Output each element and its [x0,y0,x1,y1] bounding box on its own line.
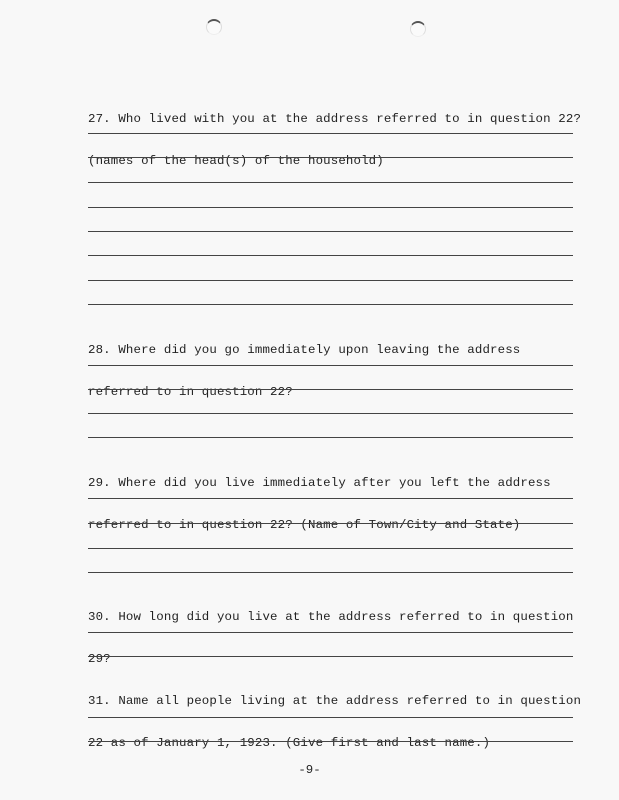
answer-line[interactable] [88,231,573,232]
question-30-line-1: 30. How long did you live at the address… [88,610,588,624]
question-27-line-1: 27. Who lived with you at the address re… [88,112,588,126]
question-29-line-2: referred to in question 22? (Name of Tow… [88,518,588,532]
question-30-line-2: 29? [88,652,588,666]
answer-line[interactable] [88,632,573,633]
answer-line[interactable] [88,304,573,305]
question-28-line-1: 28. Where did you go immediately upon le… [88,343,588,357]
answer-line[interactable] [88,523,573,524]
question-29-line-1: 29. Where did you live immediately after… [88,476,588,490]
question-29: 29. Where did you live immediately after… [88,448,588,546]
answer-line[interactable] [88,548,573,549]
answer-line[interactable] [88,133,573,134]
answer-line[interactable] [88,157,573,158]
answer-line[interactable] [88,207,573,208]
page-number: -9- [0,763,619,777]
answer-line[interactable] [88,413,573,414]
answer-line[interactable] [88,437,573,438]
answer-line[interactable] [88,365,573,366]
answer-line[interactable] [88,741,573,742]
punch-hole-right [410,21,426,37]
answer-line[interactable] [88,572,573,573]
question-28-line-2: referred to in question 22? [88,385,588,399]
answer-line[interactable] [88,498,573,499]
answer-line[interactable] [88,656,573,657]
question-31-line-1: 31. Name all people living at the addres… [88,694,588,708]
answer-line[interactable] [88,389,573,390]
answer-line[interactable] [88,182,573,183]
answer-line[interactable] [88,280,573,281]
punch-hole-left [206,19,222,35]
question-28: 28. Where did you go immediately upon le… [88,315,588,413]
question-31: 31. Name all people living at the addres… [88,666,588,764]
answer-line[interactable] [88,717,573,718]
question-31-line-2: 22 as of January 1, 1923. (Give first an… [88,736,588,750]
answer-line[interactable] [88,255,573,256]
